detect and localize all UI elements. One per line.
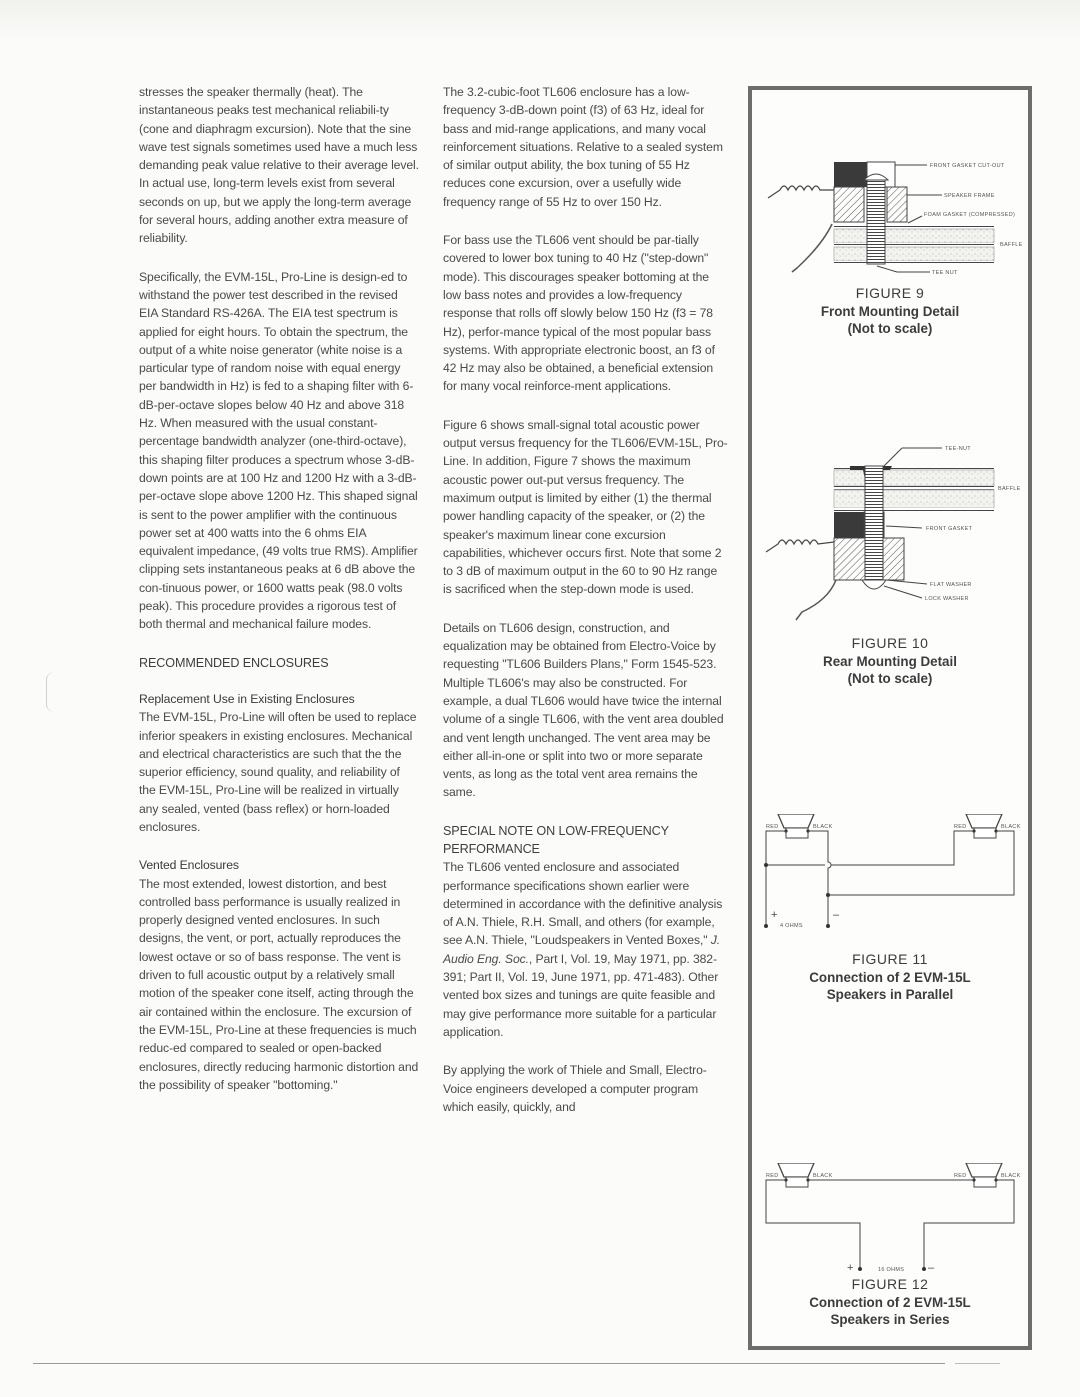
paragraph-replacement: The EVM-15L, Pro-Line will often be used… [139,710,416,834]
paragraph-figure6-7: Figure 6 shows small-signal total acoust… [443,416,728,599]
paragraph-step-down: For bass use the TL606 vent should be pa… [443,231,728,396]
label-baffle-rear: BAFFLE [998,486,1021,492]
speaker-icon-right [966,814,1002,838]
section-heading-recommended-enclosures: RECOMMENDED ENCLOSURES [139,654,419,672]
figure-11: RED BLACK RED BLACK + – 4 OHMS FIGURE 11… [752,814,1028,1004]
subheading-replacement: Replacement Use in Existing Enclosures [139,690,419,708]
figure-9: FRONT GASKET CUT-OUT SPEAKER FRAME FOAM … [752,150,1028,338]
subsection-vented: Vented EnclosuresThe most extended, lowe… [139,856,419,1094]
paragraph-thermal-stress: stresses the speaker thermally (heat). T… [139,83,419,248]
section-heading-special-note: SPECIAL NOTE ON LOW-FREQUENCY PERFORMANC… [443,822,728,859]
label-black-left: BLACK [813,1173,833,1179]
figure-9-number: FIGURE 9 [752,285,1028,303]
label-black-right: BLACK [1001,1173,1021,1179]
label-red-right: RED [954,824,967,830]
subsection-special-note: SPECIAL NOTE ON LOW-FREQUENCY PERFORMANC… [443,822,728,1042]
label-speaker-frame: SPEAKER FRAME [944,193,995,199]
figure-12-subtitle: Speakers in Series [752,1311,1028,1329]
label-red-right: RED [954,1173,967,1179]
label-tee-nut: TEE NUT [932,270,958,276]
label-red-left: RED [766,824,779,830]
subsection-replacement: Replacement Use in Existing EnclosuresTh… [139,690,419,836]
page-bottom-rule-fragment [955,1363,1000,1364]
figure-10-title: Rear Mounting Detail [752,653,1028,671]
figure-9-caption: FIGURE 9 Front Mounting Detail (Not to s… [752,285,1028,338]
figure-11-number: FIGURE 11 [752,951,1028,969]
label-foam-gasket: FOAM GASKET (COMPRESSED) [924,212,1015,218]
figure-10-note: (Not to scale) [752,670,1028,688]
paragraph-builders-plans: Details on TL606 design, construction, a… [443,619,728,802]
figure-12-caption: FIGURE 12 Connection of 2 EVM-15L Speake… [752,1276,1028,1329]
special-note-text-a: The TL606 vented enclosure and associate… [443,860,722,947]
figure-10-caption: FIGURE 10 Rear Mounting Detail (Not to s… [752,635,1028,688]
figures-panel: FRONT GASKET CUT-OUT SPEAKER FRAME FOAM … [748,86,1032,1350]
figure-12-number: FIGURE 12 [752,1276,1028,1294]
label-red-left: RED [766,1173,779,1179]
label-tee-nut-rear: TEE-NUT [945,446,971,452]
paragraph-tl606-intro: The 3.2-cubic-foot TL606 enclosure has a… [443,83,728,211]
paragraph-closing: By applying the work of Thiele and Small… [443,1061,728,1116]
figure-9-title: Front Mounting Detail [752,303,1028,321]
paragraph-power-test: Specifically, the EVM-15L, Pro-Line is d… [139,268,419,634]
label-plus: + [847,1262,853,1271]
series-wiring-diagram: RED BLACK RED BLACK + – 16 OHMS [752,1163,1028,1271]
figure-10-number: FIGURE 10 [752,635,1028,653]
figure-9-note: (Not to scale) [752,320,1028,338]
label-front-gasket-cutout: FRONT GASKET CUT-OUT [930,163,1005,169]
label-impedance-4-ohms: 4 OHMS [780,923,803,929]
label-flat-washer: FLAT WASHER [930,582,972,588]
label-black-right: BLACK [1001,824,1021,830]
label-front-gasket: FRONT GASKET [926,526,973,532]
speaker-icon-right [966,1163,1002,1187]
figure-11-caption: FIGURE 11 Connection of 2 EVM-15L Speake… [752,951,1028,1004]
speaker-icon-left [778,814,814,838]
label-baffle: BAFFLE [1000,242,1023,248]
label-minus: – [928,1262,935,1271]
parallel-wiring-diagram: RED BLACK RED BLACK + – 4 OHMS [752,814,1028,946]
scan-top-shade [0,0,1080,40]
text-column-middle: The 3.2-cubic-foot TL606 enclosure has a… [443,83,728,1136]
scan-margin-mark [46,672,55,712]
front-mounting-diagram: FRONT GASKET CUT-OUT SPEAKER FRAME FOAM … [752,150,1028,280]
label-minus: – [833,909,840,921]
subheading-vented: Vented Enclosures [139,856,419,874]
figure-12-title: Connection of 2 EVM-15L [752,1294,1028,1312]
label-plus: + [771,909,777,921]
figure-12: RED BLACK RED BLACK + – 16 OHMS FIGURE 1… [752,1163,1028,1329]
speaker-icon-left [778,1163,814,1187]
text-column-left: stresses the speaker thermally (heat). T… [139,83,419,1114]
figure-10: TEE-NUT BAFFLE FRONT GASKET FLAT WASHER … [752,440,1028,688]
paragraph-vented: The most extended, lowest distortion, an… [139,877,418,1092]
label-black-left: BLACK [813,824,833,830]
figure-11-title: Connection of 2 EVM-15L [752,969,1028,987]
label-impedance-16-ohms: 16 OHMS [878,1267,904,1271]
label-lock-washer: LOCK WASHER [925,596,969,602]
figure-11-subtitle: Speakers in Parallel [752,986,1028,1004]
page-bottom-rule [33,1363,945,1364]
rear-mounting-diagram: TEE-NUT BAFFLE FRONT GASKET FLAT WASHER … [752,440,1028,630]
